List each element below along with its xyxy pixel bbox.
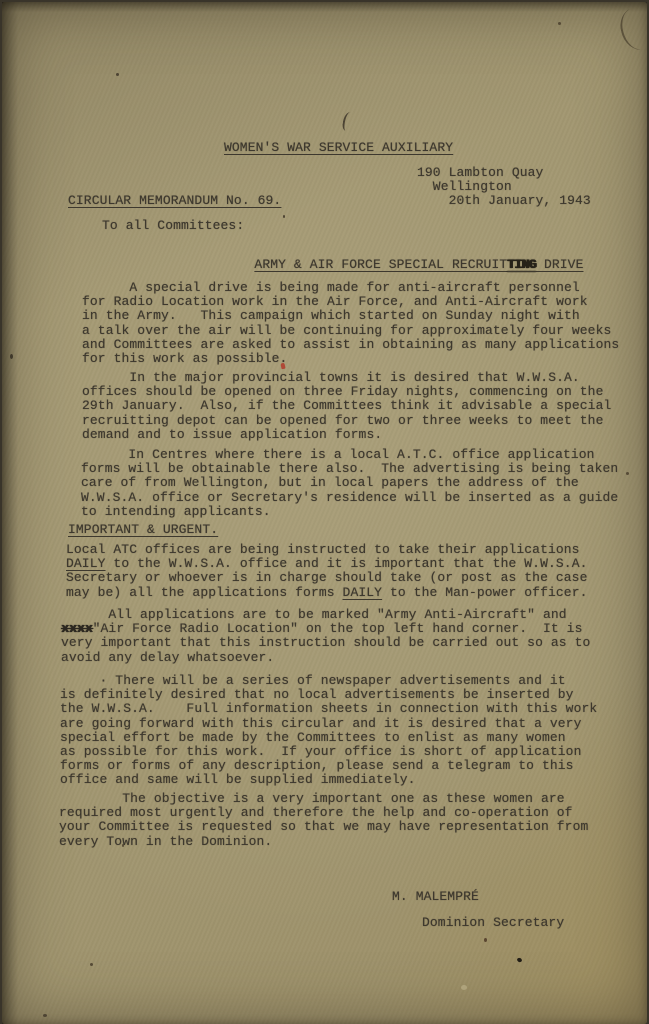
subject-text: ARMY & AIR FORCE SPECIAL RECRUIT [254, 257, 507, 272]
paper-speck [484, 938, 487, 942]
paragraph-6: · There will be a series of newspaper ad… [60, 674, 597, 788]
memo-number: CIRCULAR MEMORANDUM No. 69. [68, 194, 281, 208]
address-block: 190 Lambton Quay Wellington 20th January… [417, 166, 591, 209]
pen-mark [342, 111, 355, 131]
paper-speck [626, 472, 629, 475]
daily-underlined-1: DAILY [66, 556, 106, 571]
paper-light-spot [461, 985, 467, 990]
paragraph-3: In Centres where there is a local A.T.C.… [81, 448, 618, 519]
typed-over-xxxx: xxxx [61, 621, 93, 636]
paragraph-5: All applications are to be marked "Army … [61, 608, 590, 665]
scanned-memo-photo: WOMEN'S WAR SERVICE AUXILIARY 190 Lambto… [0, 0, 649, 1024]
org-title: WOMEN'S WAR SERVICE AUXILIARY [224, 141, 453, 155]
subject-text-end: DRIVE [536, 257, 583, 272]
paper-speck [10, 354, 13, 359]
daily-underlined-2: DAILY [343, 585, 383, 600]
section-heading-important-urgent: IMPORTANT & URGENT. [68, 523, 218, 537]
paragraph-5-text-end: "Air Force Radio Location" on the top le… [61, 621, 590, 664]
paragraph-7: The objective is a very important one as… [59, 792, 588, 849]
paper-speck [116, 73, 119, 76]
signature-title: Dominion Secretary [422, 916, 564, 930]
paragraph-2-text: In the major provin [82, 370, 280, 385]
page-corner-fold-mark [616, 5, 649, 53]
paragraph-4-text: Local ATC offices are being instructed t… [66, 542, 580, 557]
paragraph-1: A special drive is being made for anti-a… [82, 281, 619, 366]
paragraph-4: Local ATC offices are being instructed t… [66, 543, 588, 600]
paper-speck [283, 215, 285, 218]
ink-speck [516, 957, 522, 963]
paragraph-2: In the major provincial towns it is desi… [82, 371, 611, 442]
subject-overtype-correction: TING [507, 257, 536, 272]
paper-speck [43, 1014, 47, 1017]
red-correction-mark: c [280, 370, 288, 385]
signature-name: M. MALEMPRÉ [392, 890, 479, 904]
document-page: WOMEN'S WAR SERVICE AUXILIARY 190 Lambto… [2, 2, 647, 1024]
paper-speck [558, 22, 561, 25]
salutation: To all Committees: [102, 219, 244, 233]
paragraph-4-text-end: to the Man-power officer. [382, 585, 587, 600]
paragraph-5-text: All applications are to be marked "Army … [61, 607, 567, 622]
paper-speck [90, 963, 93, 966]
